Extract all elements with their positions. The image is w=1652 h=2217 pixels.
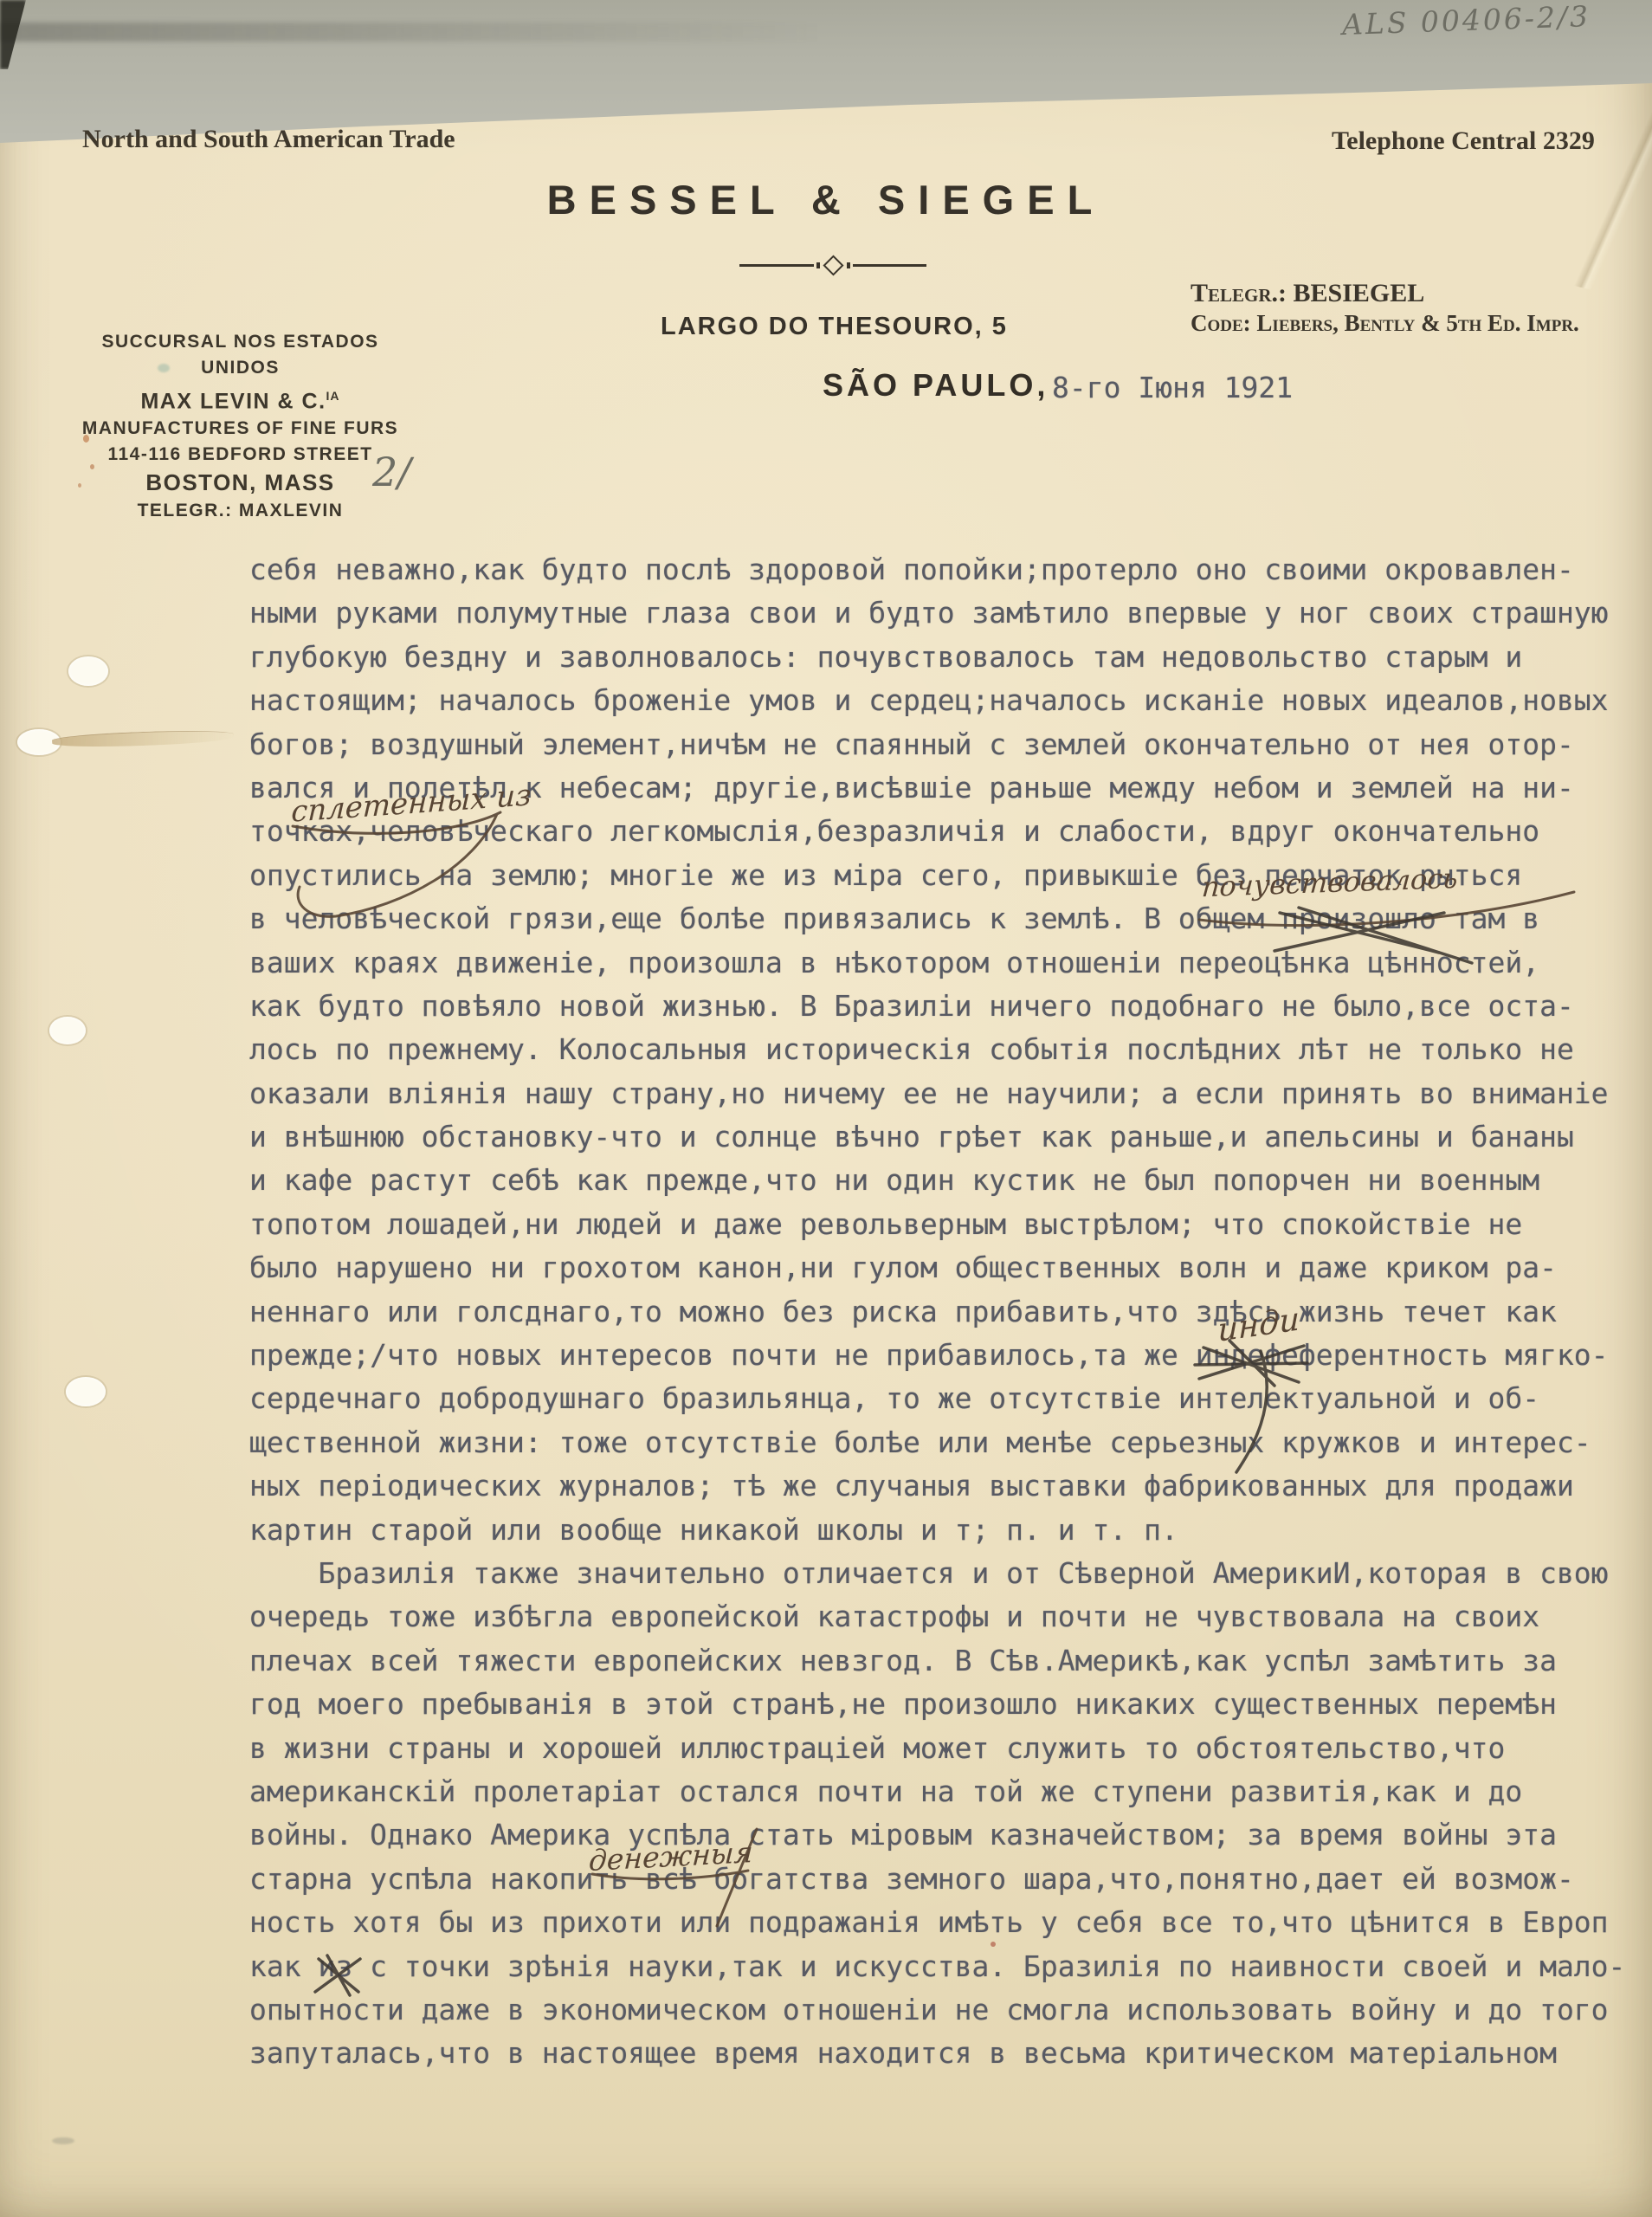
divider-ornament-icon [739, 258, 926, 272]
street-address: LARGO DO THESOURO, 5 [661, 313, 1008, 341]
typed-line: лось по прежнему. Колосальныя историческ… [249, 1028, 1625, 1071]
typed-line: как из с точки зрѣнія науки,так и искусс… [249, 1945, 1625, 1988]
typed-line: старна успѣла накопить всѣ богатства зем… [249, 1858, 1625, 1901]
typed-line: богов; воздушный элемент,ничѣм не спаянн… [249, 723, 1625, 766]
branch-telegraph: TELEGR.: MAXLEVIN [69, 498, 411, 524]
typed-line: американскій пролетаріат остался почти н… [249, 1770, 1625, 1813]
rust-speck [78, 483, 81, 488]
typed-line: ных періодических журналов; тѣ же случан… [249, 1464, 1625, 1508]
typed-line: прежде;/что новых интересов почти не при… [249, 1334, 1625, 1377]
typed-line: картин старой или вообще никакой школы и… [249, 1509, 1625, 1552]
scanned-letter-page: ALS 00406-2/3 North and South American T… [0, 0, 1652, 2217]
typed-line: сердечнаго добродушнаго бразильянца, то … [249, 1377, 1625, 1420]
typed-line: запуталась,что в настоящее время находит… [249, 2032, 1625, 2075]
typed-line: год моего пребыванія в этой странѣ,не пр… [249, 1683, 1625, 1726]
typed-line: в человѣческой грязи,еще болѣе привязали… [249, 897, 1625, 940]
typed-line: очередь тоже избѣгла европейской катастр… [249, 1595, 1625, 1639]
ornament-bar [739, 264, 814, 267]
typed-line: щественной жизни: тоже отсутствіе болѣе … [249, 1421, 1625, 1464]
paper-tear [52, 728, 234, 748]
scan-smear [0, 23, 823, 42]
typed-line: плечах всей тяжести европейских невзгод.… [249, 1639, 1625, 1683]
branch-company: MAX LEVIN & C.IA [69, 381, 411, 416]
branch-line: 114-116 BEDFORD STREET [69, 442, 411, 468]
branch-city: BOSTON, MASS [69, 468, 411, 498]
page-number-annotation: 2/ [372, 449, 411, 495]
city-label: SÃO PAULO, [823, 367, 1049, 404]
typed-line: ными руками полумутные глаза свои и будт… [249, 591, 1625, 635]
typed-line: ность хотя бы из прихоти или подражанія … [249, 1901, 1625, 1944]
typed-line: как будто повѣяло новой жизнью. В Бразил… [249, 985, 1625, 1028]
punch-hole [49, 1017, 86, 1044]
pencil-smudge [52, 2137, 74, 2144]
typed-line: ваших краях движеніе, произошла в нѣкото… [249, 941, 1625, 985]
telegraph-line: Telegr.: BESIEGEL [1191, 279, 1424, 308]
typed-line: опытности даже в экономическом отношеніи… [249, 1988, 1625, 2032]
letterhead-tagline: North and South American Trade [82, 125, 455, 154]
typed-line: было нарушено ни грохотом канон,ни гулом… [249, 1246, 1625, 1289]
ornament-tick [816, 262, 820, 268]
branch-company-name: MAX LEVIN & C. [140, 389, 326, 413]
typed-line: настоящим; началось броженіе умов и серд… [249, 679, 1625, 722]
punch-hole [66, 1377, 106, 1406]
ink-smudge [158, 364, 170, 372]
company-name: BESSEL & SIEGEL [0, 176, 1652, 223]
punch-hole [68, 656, 108, 686]
typed-line: Бразилія также значительно отличается и … [249, 1552, 1625, 1595]
code-line: Code: Liebers, Bently & 5th Ed. Impr. [1191, 310, 1579, 337]
typed-line: топотом лошадей,ни людей и даже револьве… [249, 1203, 1625, 1246]
ornament-diamond [823, 255, 843, 275]
typed-date: 8-го Іюня 1921 [1052, 371, 1293, 404]
typed-line: войны. Однако Америка успѣла стать міров… [249, 1813, 1625, 1857]
ornament-tick [847, 262, 850, 268]
letterhead-phone: Telephone Central 2329 [1332, 126, 1595, 156]
typed-line: и кафе растут себѣ как прежде,что ни оди… [249, 1159, 1625, 1202]
rust-speck [83, 435, 89, 443]
typed-line: себя неважно,как будто послѣ здоровой по… [249, 548, 1625, 591]
ornament-bar [853, 264, 927, 267]
branch-company-suffix: IA [326, 389, 340, 403]
branch-line: MANUFACTURES OF FINE FURS [69, 416, 411, 442]
typed-line: неннаго или голсднаго,то можно без риска… [249, 1290, 1625, 1334]
typed-line: оказали вліянія нашу страну,но ничему ее… [249, 1072, 1625, 1115]
rust-speck [991, 1942, 996, 1947]
typed-line: в жизни страны и хорошей иллюстраціей мо… [249, 1727, 1625, 1770]
branch-line: SUCCURSAL NOS ESTADOS UNIDOS [69, 329, 411, 381]
typed-body: себя неважно,как будто послѣ здоровой по… [249, 548, 1625, 2076]
rust-speck [90, 464, 94, 469]
typed-line: и внѣшнюю обстановку-что и солнце вѣчно … [249, 1115, 1625, 1159]
branch-address-block: SUCCURSAL NOS ESTADOS UNIDOS MAX LEVIN &… [69, 329, 411, 524]
typed-line: глубокую бездну и заволновалось: почувст… [249, 636, 1625, 679]
